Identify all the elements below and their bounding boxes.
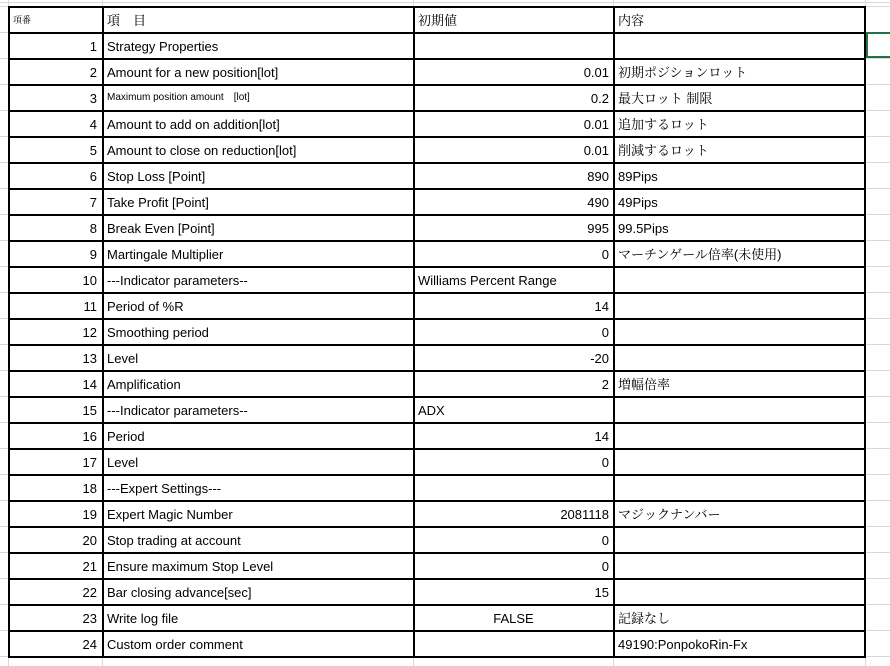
gridline xyxy=(0,474,8,475)
gridline xyxy=(866,110,890,111)
row-number-cell[interactable]: 14 xyxy=(10,372,102,396)
gridline xyxy=(866,318,890,319)
value-cell[interactable]: 15 xyxy=(415,580,613,604)
selected-cell-indicator[interactable] xyxy=(866,32,890,58)
value-cell[interactable]: 0.01 xyxy=(415,112,613,136)
gridline xyxy=(0,370,8,371)
item-cell[interactable]: Period xyxy=(104,424,413,448)
gridline xyxy=(866,240,890,241)
gridline xyxy=(0,84,8,85)
note-cell[interactable]: 89Pips xyxy=(615,164,864,188)
value-cell[interactable]: 2 xyxy=(415,372,613,396)
note-cell[interactable]: 増幅倍率 xyxy=(615,372,864,396)
note-cell[interactable] xyxy=(615,580,864,604)
column-header-num[interactable]: 項番 xyxy=(10,8,102,32)
note-cell[interactable]: マジックナンバー xyxy=(615,502,864,526)
gridline xyxy=(866,552,890,553)
note-cell[interactable]: マーチンゲール倍率(未使用) xyxy=(615,242,864,266)
note-cell[interactable]: 99.5Pips xyxy=(615,216,864,240)
row-number-cell[interactable]: 15 xyxy=(10,398,102,422)
gridline xyxy=(0,448,8,449)
item-cell[interactable]: Custom order comment xyxy=(104,632,413,656)
row-number-cell[interactable]: 2 xyxy=(10,60,102,84)
parameter-table: 項番 項 目 初期値 内容 1Strategy Properties2Amoun… xyxy=(8,6,866,658)
note-cell[interactable] xyxy=(615,398,864,422)
item-cell[interactable]: Smoothing period xyxy=(104,320,413,344)
gridline xyxy=(866,84,890,85)
value-cell[interactable]: 14 xyxy=(415,424,613,448)
value-cell[interactable]: 0 xyxy=(415,242,613,266)
gridline xyxy=(0,396,8,397)
gridline xyxy=(866,266,890,267)
row-number-cell[interactable]: 24 xyxy=(10,632,102,656)
gridline xyxy=(866,604,890,605)
note-cell[interactable] xyxy=(615,294,864,318)
value-cell[interactable]: 490 xyxy=(415,190,613,214)
row-number-cell[interactable]: 23 xyxy=(10,606,102,630)
column-header-value[interactable]: 初期値 xyxy=(415,8,613,32)
gridline xyxy=(0,604,8,605)
value-cell[interactable]: 0 xyxy=(415,528,613,552)
note-cell[interactable] xyxy=(615,268,864,292)
item-cell[interactable]: ---Expert Settings--- xyxy=(104,476,413,500)
gridline xyxy=(413,658,414,666)
spreadsheet-canvas: { "colors": { "selection_border": "#2173… xyxy=(0,0,890,666)
gridline xyxy=(866,6,890,7)
row-number-cell[interactable]: 3 xyxy=(10,86,102,110)
gridline xyxy=(866,162,890,163)
gridline xyxy=(866,526,890,527)
note-cell[interactable] xyxy=(615,346,864,370)
value-cell[interactable]: 995 xyxy=(415,216,613,240)
column-header-note[interactable]: 内容 xyxy=(615,8,864,32)
row-number-cell[interactable]: 4 xyxy=(10,112,102,136)
row-number-cell[interactable]: 1 xyxy=(10,34,102,58)
row-number-cell[interactable]: 9 xyxy=(10,242,102,266)
note-cell[interactable] xyxy=(615,320,864,344)
value-cell[interactable]: 2081118 xyxy=(415,502,613,526)
item-cell[interactable]: Write log file xyxy=(104,606,413,630)
value-cell[interactable] xyxy=(415,34,613,58)
gridline xyxy=(866,214,890,215)
row-number-cell[interactable]: 18 xyxy=(10,476,102,500)
row-number-cell[interactable]: 12 xyxy=(10,320,102,344)
note-cell[interactable] xyxy=(615,424,864,448)
gridline xyxy=(0,214,8,215)
value-cell[interactable]: 0.01 xyxy=(415,60,613,84)
gridline xyxy=(0,318,8,319)
note-cell[interactable]: 記録なし xyxy=(615,606,864,630)
gridline xyxy=(866,474,890,475)
row-number-cell[interactable]: 7 xyxy=(10,190,102,214)
gridline xyxy=(0,110,8,111)
item-cell[interactable]: Expert Magic Number xyxy=(104,502,413,526)
gridline xyxy=(865,658,866,666)
gridline xyxy=(866,344,890,345)
value-cell[interactable]: 14 xyxy=(415,294,613,318)
value-cell[interactable]: 890 xyxy=(415,164,613,188)
gridline xyxy=(0,32,8,33)
gridline xyxy=(0,526,8,527)
value-cell[interactable] xyxy=(415,476,613,500)
item-cell[interactable]: Level xyxy=(104,346,413,370)
gridline xyxy=(0,58,8,59)
item-cell[interactable]: Martingale Multiplier xyxy=(104,242,413,266)
gridline xyxy=(0,656,8,657)
note-cell[interactable] xyxy=(615,476,864,500)
gridline xyxy=(102,658,103,666)
row-number-cell[interactable]: 13 xyxy=(10,346,102,370)
column-header-item[interactable]: 項 目 xyxy=(104,8,413,32)
row-number-cell[interactable]: 10 xyxy=(10,268,102,292)
row-number-cell[interactable]: 6 xyxy=(10,164,102,188)
row-number-cell[interactable]: 16 xyxy=(10,424,102,448)
value-cell[interactable]: 0 xyxy=(415,320,613,344)
value-cell[interactable]: ADX xyxy=(415,398,613,422)
item-cell[interactable]: Amount to close on reduction[lot] xyxy=(104,138,413,162)
gridline xyxy=(8,658,9,666)
note-cell[interactable]: 最大ロット 制限 xyxy=(615,86,864,110)
row-number-cell[interactable]: 20 xyxy=(10,528,102,552)
gridline xyxy=(0,136,8,137)
item-cell[interactable]: Stop Loss [Point] xyxy=(104,164,413,188)
value-cell[interactable]: 0 xyxy=(415,450,613,474)
note-cell[interactable]: 追加するロット xyxy=(615,112,864,136)
gridline xyxy=(866,396,890,397)
gridline xyxy=(866,136,890,137)
note-cell[interactable] xyxy=(615,554,864,578)
note-cell[interactable] xyxy=(615,34,864,58)
gridline xyxy=(866,292,890,293)
gridline xyxy=(866,188,890,189)
note-cell[interactable]: 49Pips xyxy=(615,190,864,214)
note-cell[interactable] xyxy=(615,528,864,552)
item-cell[interactable]: Amplification xyxy=(104,372,413,396)
item-cell[interactable]: Ensure maximum Stop Level xyxy=(104,554,413,578)
gridline xyxy=(866,630,890,631)
gridline xyxy=(0,344,8,345)
gridline xyxy=(0,630,8,631)
item-cell[interactable]: Level xyxy=(104,450,413,474)
gridline xyxy=(0,266,8,267)
value-cell[interactable] xyxy=(415,632,613,656)
gridline xyxy=(866,448,890,449)
value-cell[interactable]: -20 xyxy=(415,346,613,370)
gridline xyxy=(613,658,614,666)
value-cell[interactable]: 0.2 xyxy=(415,86,613,110)
value-cell[interactable]: Williams Percent Range xyxy=(415,268,613,292)
gridline xyxy=(0,188,8,189)
gridline xyxy=(866,500,890,501)
value-cell[interactable]: FALSE xyxy=(415,606,613,630)
gridline xyxy=(866,370,890,371)
item-cell[interactable]: ---Indicator parameters-- xyxy=(104,398,413,422)
gridline xyxy=(0,552,8,553)
note-cell[interactable]: 初期ポジションロット xyxy=(615,60,864,84)
gridline xyxy=(0,422,8,423)
gridline xyxy=(0,6,8,7)
gridline xyxy=(866,422,890,423)
row-number-cell[interactable]: 19 xyxy=(10,502,102,526)
gridline xyxy=(866,578,890,579)
gridline xyxy=(0,162,8,163)
gridline xyxy=(866,656,890,657)
value-cell[interactable]: 0 xyxy=(415,554,613,578)
item-cell[interactable]: Maximum position amount [lot] xyxy=(104,86,413,110)
note-cell[interactable]: 削減するロット xyxy=(615,138,864,162)
row-number-cell[interactable]: 5 xyxy=(10,138,102,162)
item-cell[interactable]: Amount to add on addition[lot] xyxy=(104,112,413,136)
item-cell[interactable]: ---Indicator parameters-- xyxy=(104,268,413,292)
value-cell[interactable]: 0.01 xyxy=(415,138,613,162)
gridline xyxy=(0,578,8,579)
gridline xyxy=(0,240,8,241)
item-cell[interactable]: Stop trading at account xyxy=(104,528,413,552)
gridline xyxy=(0,2,890,3)
row-number-cell[interactable]: 11 xyxy=(10,294,102,318)
item-cell[interactable]: Take Profit [Point] xyxy=(104,190,413,214)
item-cell[interactable]: Amount for a new position[lot] xyxy=(104,60,413,84)
row-number-cell[interactable]: 8 xyxy=(10,216,102,240)
row-number-cell[interactable]: 21 xyxy=(10,554,102,578)
item-cell[interactable]: Period of %R xyxy=(104,294,413,318)
item-cell[interactable]: Bar closing advance[sec] xyxy=(104,580,413,604)
item-cell[interactable]: Strategy Properties xyxy=(104,34,413,58)
row-number-cell[interactable]: 22 xyxy=(10,580,102,604)
item-cell[interactable]: Break Even [Point] xyxy=(104,216,413,240)
gridline xyxy=(0,500,8,501)
note-cell[interactable] xyxy=(615,450,864,474)
gridline xyxy=(866,58,890,59)
gridline xyxy=(0,292,8,293)
row-number-cell[interactable]: 17 xyxy=(10,450,102,474)
note-cell[interactable]: 49190:PonpokoRin-Fx xyxy=(615,632,864,656)
